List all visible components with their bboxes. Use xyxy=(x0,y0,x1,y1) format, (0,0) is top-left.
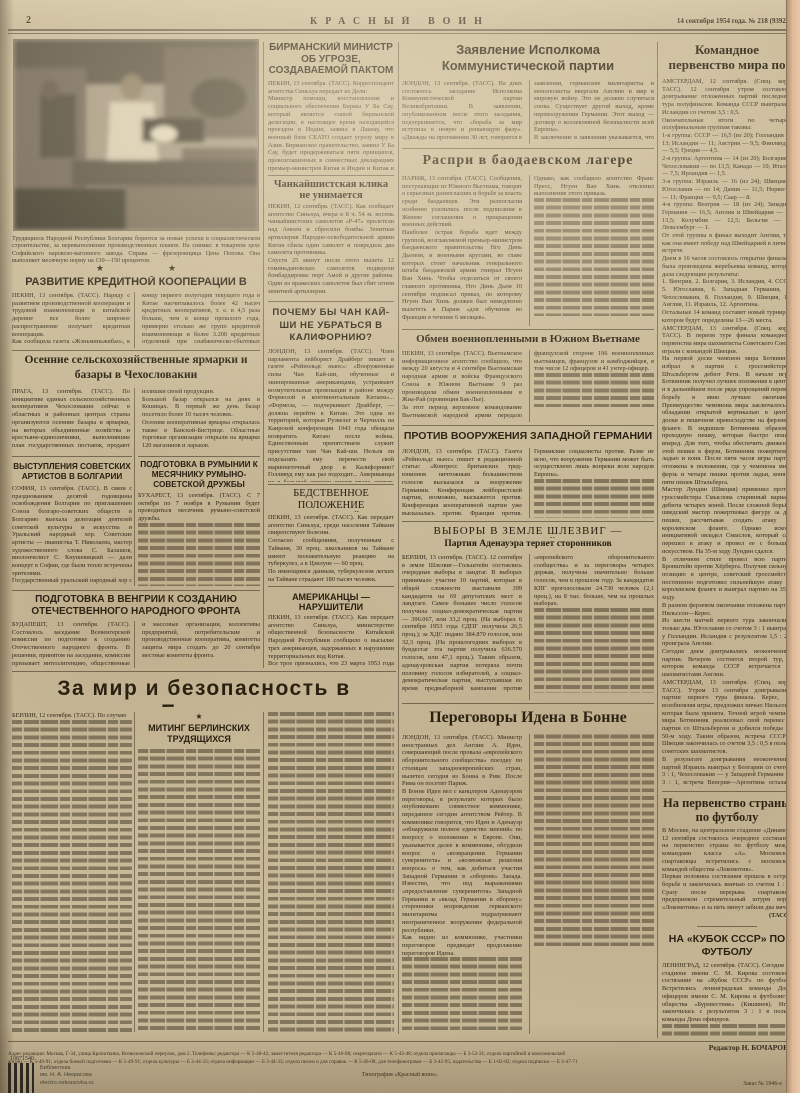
star-separator-row: ★ ★ xyxy=(12,263,260,274)
article-body: ПЕКИН, 13 сентября. (ТАСС). Как передает… xyxy=(268,514,394,582)
unreadable-text-block xyxy=(268,712,394,1032)
article-football-championship: В Москве, на центральном стадионе «Динам… xyxy=(662,827,792,911)
divider xyxy=(268,586,394,587)
editor-name: Редактор Н. БОЧАРОВ. xyxy=(630,1043,790,1053)
headline-us-violators: АМЕРИКАНЦЫ — НАРУШИТЕЛИ ТЕРРИТОРИАЛЬНЫХ … xyxy=(268,592,394,612)
photo-caption: Трудящиеся Народной Республики Болгарии … xyxy=(12,235,260,264)
headline-soviet-artists: ВЫСТУПЛЕНИЯ СОВЕТСКИХ АРТИСТОВ В БОЛГАРИ… xyxy=(12,462,132,482)
article-uk-communist-party: ЛОНДОН, 13 сентября. (ТАСС). На днях сос… xyxy=(402,80,654,144)
headline-eden-talks: Переговоры Идена в Бонне xyxy=(402,709,654,729)
divider xyxy=(402,329,654,330)
unreadable-text-block xyxy=(138,749,260,1032)
unreadable-text-block xyxy=(534,373,654,407)
unreadable-text-block xyxy=(12,720,132,1032)
subhead-berlin-meeting: МИТИНГ БЕРЛИНСКИХ ТРУДЯЩИХСЯ xyxy=(138,723,260,745)
headline-uk-communist-party: Заявление Исполкома Коммунистической пар… xyxy=(402,42,654,74)
divider xyxy=(402,521,654,522)
article-credit-coop: ПЕКИН, 13 сентября. (ТАСС). Наряду с раз… xyxy=(12,292,260,348)
article-body: СОФИЯ, 13 сентября. (ТАСС). В связи с пр… xyxy=(12,485,132,586)
article-body: ЛОНДОН, 13 сентября. (ТАСС). На днях сос… xyxy=(402,80,654,144)
article-body: В Москве, на центральном стадионе «Динам… xyxy=(662,827,792,911)
article-body: ЛЕНИНГРАД, 12 сентября. (ТАСС). Сегодня … xyxy=(662,962,792,1024)
header-rule-thin xyxy=(8,33,792,34)
unreadable-text-block xyxy=(662,1024,792,1036)
divider xyxy=(12,350,260,351)
divider xyxy=(268,484,394,485)
article-bao-dai: ПАРИЖ, 13 сентября. (ТАСС). Сообщения, п… xyxy=(402,175,654,326)
headline-burma-seato: БИРМАНСКИЙ МИНИСТР ОБ УГРОЗЕ, СОЗДАВАЕМО… xyxy=(268,42,394,76)
article-ussr-cup: ЛЕНИНГРАД, 12 сентября. (ТАСС). Сегодня … xyxy=(662,962,792,1036)
headline-ussr-cup: НА «КУБОК СССР» ПО ФУТБОЛУ xyxy=(662,933,792,959)
typography-imprint: Типография «Красный воин». xyxy=(300,1072,500,1080)
headline-hungary-front: ПОДГОТОВКА В ВЕНГРИИ К СОЗДАНИЮ ОТЕЧЕСТВ… xyxy=(12,594,260,618)
article-against-rearmament: ЛОНДОН, 13 сентября. (ТАСС). Газета «Рей… xyxy=(402,448,654,518)
article-body: ПЕКИН, 13 сентября. (ТАСС). Как передает… xyxy=(268,614,394,668)
headline-pow-exchange: Обмен военнопленными в Южном Вьетнаме xyxy=(402,333,654,347)
stamp-line2: им. Н. А. Некрасова xyxy=(40,1072,93,1079)
divider xyxy=(402,425,654,426)
article-body: БУДАПЕШТ, 13 сентября. (ТАСС). Состоялос… xyxy=(12,621,260,668)
print-order-number: Заказ № 1946-е xyxy=(690,1081,782,1089)
article-romania-month: БУХАРЕСТ, 13 сентября. (ТАСС). С 7 октяб… xyxy=(138,492,260,586)
divider xyxy=(402,148,654,149)
headline-credit-coop: РАЗВИТИЕ КРЕДИТНОЙ КООПЕРАЦИИ В КИТАЕ xyxy=(12,276,260,289)
tass-credit: (ТАСС). xyxy=(662,912,792,921)
divider xyxy=(12,456,132,457)
headline-bao-dai: Распри в баодаевском лагере xyxy=(402,153,654,171)
article-schleswig-elections: БЕРЛИН, 13 сентября. (ТАСС). 12 сентября… xyxy=(402,554,654,700)
article-chiang-clique: ПЕКИН, 12 сентября. (ТАСС). Как сообщает… xyxy=(268,203,394,298)
article-body: ЛОНДОН, 13 сентября. (ТАСС). Министр ино… xyxy=(402,734,522,957)
headline-chiang-clique: Чанкайшистская клика не унимается xyxy=(268,179,394,201)
divider xyxy=(138,456,260,457)
article-body: БУХАРЕСТ, 13 сентября. (ТАСС). С 7 октяб… xyxy=(138,492,260,523)
headline-california: ПОЧЕМУ БЫ ЧАН КАЙ-ШИ НЕ УБРАТЬСЯ В КАЛИФ… xyxy=(268,307,394,345)
divider-short xyxy=(697,926,757,927)
article-lead: БЕРЛИН, 12 сентября. (ТАСС). По случаю xyxy=(12,712,132,720)
headline-schleswig-elections: ВЫБОРЫ В ЗЕМЛЕ ШЛЕЗВИГ — ГОЛЬШТЕЙН xyxy=(402,525,654,538)
article-eden-talks: ЛОНДОН, 13 сентября. (ТАСС). Министр ино… xyxy=(402,734,654,1034)
headline-against-rearmament: ПРОТИВ ВООРУЖЕНИЯ ЗАПАДНОЙ ГЕРМАНИИ xyxy=(402,430,654,443)
article-peace-col1: БЕРЛИН, 12 сентября. (ТАСС). По случаю xyxy=(12,712,132,1032)
adjacent-page-edge xyxy=(786,0,800,1093)
divider xyxy=(12,590,260,591)
article-peace-col3 xyxy=(268,712,394,1032)
article-taiwan-plight: ПЕКИН, 13 сентября. (ТАСС). Как передает… xyxy=(268,514,394,582)
unreadable-text-block xyxy=(534,198,654,316)
article-body: ПЕКИН, 12 сентября. (ТАСС). Как сообщает… xyxy=(268,203,394,295)
column-rule xyxy=(263,42,264,668)
newspaper-page: 2 КРАСНЫЙ ВОИН 14 сентября 1954 года. № … xyxy=(0,0,800,1093)
article-hungary-front: БУДАПЕШТ, 13 сентября. (ТАСС). Состоялос… xyxy=(12,621,260,668)
star-icon: ★ xyxy=(96,263,104,274)
article-burma-seato: ПЕКИН, 13 сентября. (ТАСС). Корреспонден… xyxy=(268,80,394,172)
photo-factory xyxy=(14,40,258,230)
column-rule xyxy=(263,712,264,1032)
divider xyxy=(268,175,394,176)
footer-rule xyxy=(8,1041,792,1042)
article-california: ЛОНДОН, 13 сентября. (ТАСС). Член парлам… xyxy=(268,348,394,482)
stamp-line3: electro.nekrasovka.ru xyxy=(40,1080,93,1087)
unreadable-text-block xyxy=(534,608,654,693)
divider xyxy=(662,791,792,792)
article-body: АМСТЕРДАМ, 12 сентября. (Спец. корр. ТАС… xyxy=(662,78,792,788)
article-body: ПРАГА, 13 сентября. (ТАСС). По инициатив… xyxy=(12,388,260,452)
unreadable-text-block xyxy=(138,523,260,586)
article-fairs: ПРАГА, 13 сентября. (ТАСС). По инициатив… xyxy=(12,388,260,452)
article-pow-exchange: ПЕКИН, 13 сентября. (ТАСС). Вьетнамское … xyxy=(402,350,654,422)
divider xyxy=(12,671,396,672)
article-body: ПЕКИН, 13 сентября. (ТАСС). Наряду с раз… xyxy=(12,292,260,348)
divider xyxy=(268,301,394,302)
column-rule xyxy=(398,42,399,1034)
stamp-line1: Библиотека xyxy=(40,1065,93,1072)
headline-football-championship: На первенство страны по футболу xyxy=(662,796,792,824)
article-body: ПЕКИН, 13 сентября. (ТАСС). Корреспонден… xyxy=(268,80,394,172)
star-icon: ★ xyxy=(168,263,176,274)
star-icon: ★ xyxy=(138,712,260,721)
article-soviet-artists: СОФИЯ, 13 сентября. (ТАСС). В связи с пр… xyxy=(12,485,132,586)
headline-taiwan-plight: БЕДСТВЕННОЕ ПОЛОЖЕНИЕ НАСЕЛЕНИЯ ТАЙВАНЯ xyxy=(268,488,394,512)
article-body: ЛОНДОН, 13 сентября. (ТАСС). Член парлам… xyxy=(268,348,394,482)
stamp-number: 10871540 xyxy=(10,1056,34,1062)
column-rule xyxy=(134,712,135,1032)
subhead-adenauer-losing: Партия Аденауэра теряет сторонников xyxy=(402,539,654,551)
headline-chess-championship: Командное первенство мира по шахматам xyxy=(662,42,792,74)
article-peace-col2: ★ МИТИНГ БЕРЛИНСКИХ ТРУДЯЩИХСЯ xyxy=(138,712,260,1032)
issue-date: 14 сентября 1954 года. № 218 (9392). xyxy=(520,17,790,29)
headline-peace-europe: За мир и безопасность в Европе xyxy=(12,677,396,707)
column-rule xyxy=(657,42,658,1038)
divider xyxy=(402,703,654,704)
headline-fairs: Осенние сельскохозяйственные ярмарки и б… xyxy=(12,353,260,385)
barcode-icon xyxy=(8,1063,34,1093)
article-us-violators: ПЕКИН, 13 сентября. (ТАСС). Как передает… xyxy=(268,614,394,668)
library-stamp: 10871540 Библиотека им. Н. А. Некрасова … xyxy=(8,1056,128,1093)
article-chess-championship: АМСТЕРДАМ, 12 сентября. (Спец. корр. ТАС… xyxy=(662,78,792,788)
headline-romania-month: ПОДГОТОВКА В РУМЫНИИ К МЕСЯЧНИКУ РУМЫНО-… xyxy=(138,460,260,490)
